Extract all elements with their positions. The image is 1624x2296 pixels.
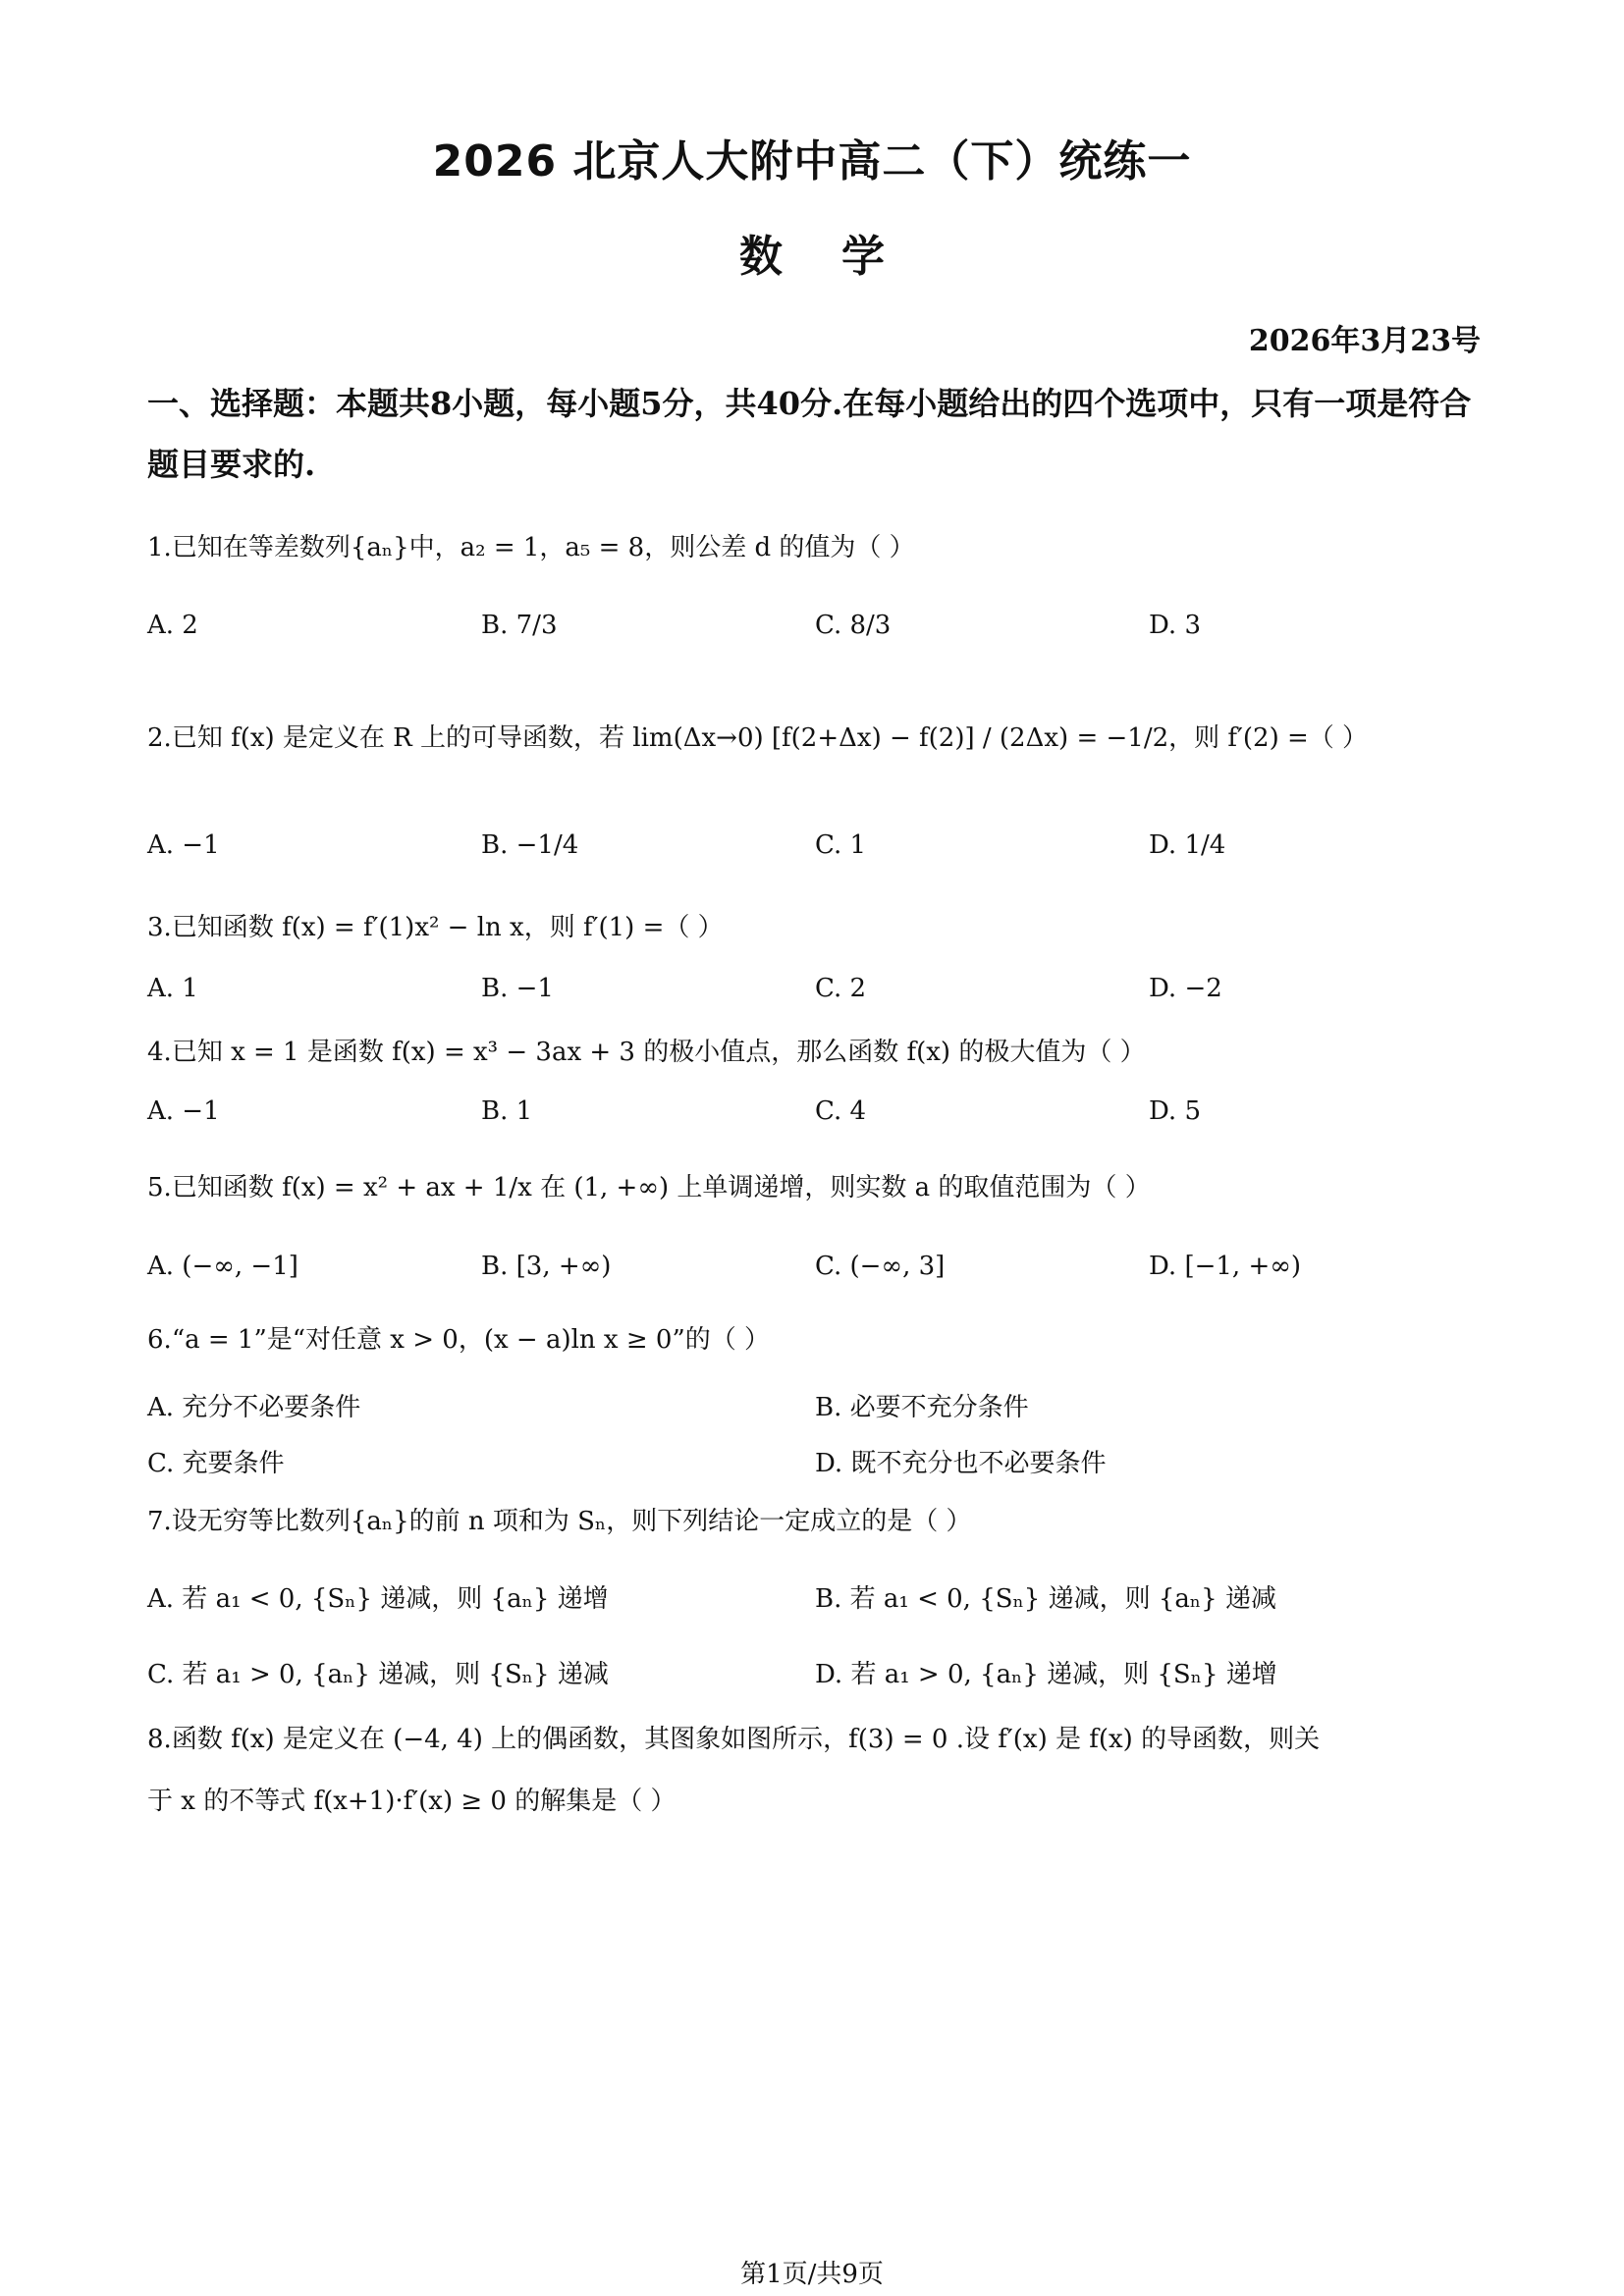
exam-page: 2026 北京人大附中高二（下）统练一 数学 2026年3月23号 一、选择题：… [0,0,1624,2296]
question-stem: 设无穷等比数列{aₙ}的前 n 项和为 Sₙ，则下列结论一定成立的是（ ） [172,1507,972,1536]
question-number: 7. [147,1507,172,1536]
option-d: D. 1/4 [1149,830,1225,860]
option-a: A. 若 a₁ < 0, {Sₙ} 递减，则 {aₙ} 递增 [147,1578,609,1615]
option-c: C. 若 a₁ > 0, {aₙ} 递减，则 {Sₙ} 递减 [147,1654,609,1690]
option-d: D. 3 [1149,611,1201,640]
exam-title: 2026 北京人大附中高二（下）统练一 [0,126,1624,188]
option-c: C. 1 [815,830,866,860]
question-number: 1. [147,533,172,562]
question-stem: “a = 1”是“对任意 x > 0，(x − a)ln x ≥ 0”的（ ） [172,1325,770,1355]
option-b: B. 若 a₁ < 0, {Sₙ} 递减，则 {aₙ} 递减 [815,1578,1276,1615]
question-4: 4.已知 x = 1 是函数 f(x) = x³ − 3ax + 3 的极小值点… [147,1033,1483,1072]
option-a: A. (−∞, −1] [147,1252,298,1281]
option-b: B. 7/3 [481,611,557,640]
option-b: B. −1/4 [481,830,578,860]
option-c: C. 2 [815,974,866,1003]
option-a: A. 1 [147,974,198,1003]
option-b: B. −1 [481,974,554,1003]
question-8: 8.函数 f(x) 是定义在 (−4, 4) 上的偶函数，其图象如图所示，f(3… [147,1720,1483,1759]
question-number: 5. [147,1173,172,1202]
option-a: A. −1 [147,1096,220,1126]
option-c: C. (−∞, 3] [815,1252,945,1281]
question-stem: 已知函数 f(x) = f′(1)x² − ln x，则 f′(1) =（ ） [172,913,724,942]
option-a: A. 2 [147,611,198,640]
question-2: 2.已知 f(x) 是定义在 R 上的可导函数，若 lim(Δx→0) [f(2… [147,719,1483,758]
question-stem: 已知在等差数列{aₙ}中，a₂ = 1，a₅ = 8，则公差 d 的值为（ ） [172,533,915,562]
question-number: 8. [147,1725,172,1754]
question-number: 2. [147,723,172,753]
option-c: C. 4 [815,1096,866,1126]
section-heading: 一、选择题：本题共8小题，每小题5分，共40分.在每小题给出的四个选项中，只有一… [147,373,1492,495]
option-c: C. 8/3 [815,611,891,640]
option-d: D. 若 a₁ > 0, {aₙ} 递减，则 {Sₙ} 递增 [815,1654,1277,1690]
question-8-continued: 于 x 的不等式 f(x+1)·f′(x) ≥ 0 的解集是（ ） [147,1782,1483,1821]
subject-heading: 数学 [0,221,1624,284]
question-3: 3.已知函数 f(x) = f′(1)x² − ln x，则 f′(1) =（ … [147,908,1483,947]
question-number: 6. [147,1325,172,1355]
option-b: B. 必要不充分条件 [815,1387,1029,1423]
question-stem-line1: 函数 f(x) 是定义在 (−4, 4) 上的偶函数，其图象如图所示，f(3) … [172,1725,1320,1754]
question-5: 5.已知函数 f(x) = x² + ax + 1/x 在 (1, +∞) 上单… [147,1168,1483,1207]
question-1: 1.已知在等差数列{aₙ}中，a₂ = 1，a₅ = 8，则公差 d 的值为（ … [147,528,1483,567]
option-d: D. [−1, +∞) [1149,1252,1301,1281]
option-b: B. [3, +∞) [481,1252,611,1281]
option-c: C. 充要条件 [147,1443,285,1479]
option-d: D. −2 [1149,974,1222,1003]
question-stem: 已知 f(x) 是定义在 R 上的可导函数，若 lim(Δx→0) [f(2+Δ… [172,723,1368,753]
question-number: 4. [147,1038,172,1067]
page-indicator: 第1页/共9页 [0,2254,1624,2290]
question-6: 6.“a = 1”是“对任意 x > 0，(x − a)ln x ≥ 0”的（ … [147,1320,1483,1360]
option-a: A. −1 [147,830,220,860]
option-d: D. 既不充分也不必要条件 [815,1443,1106,1479]
question-7: 7.设无穷等比数列{aₙ}的前 n 项和为 Sₙ，则下列结论一定成立的是（ ） [147,1502,1483,1541]
question-number: 3. [147,913,172,942]
question-stem: 已知函数 f(x) = x² + ax + 1/x 在 (1, +∞) 上单调递… [172,1173,1151,1202]
question-stem: 已知 x = 1 是函数 f(x) = x³ − 3ax + 3 的极小值点，那… [172,1038,1146,1067]
exam-date: 2026年3月23号 [1249,316,1481,359]
option-d: D. 5 [1149,1096,1201,1126]
option-b: B. 1 [481,1096,532,1126]
question-stem-line2: 于 x 的不等式 f(x+1)·f′(x) ≥ 0 的解集是（ ） [147,1787,677,1816]
option-a: A. 充分不必要条件 [147,1387,360,1423]
